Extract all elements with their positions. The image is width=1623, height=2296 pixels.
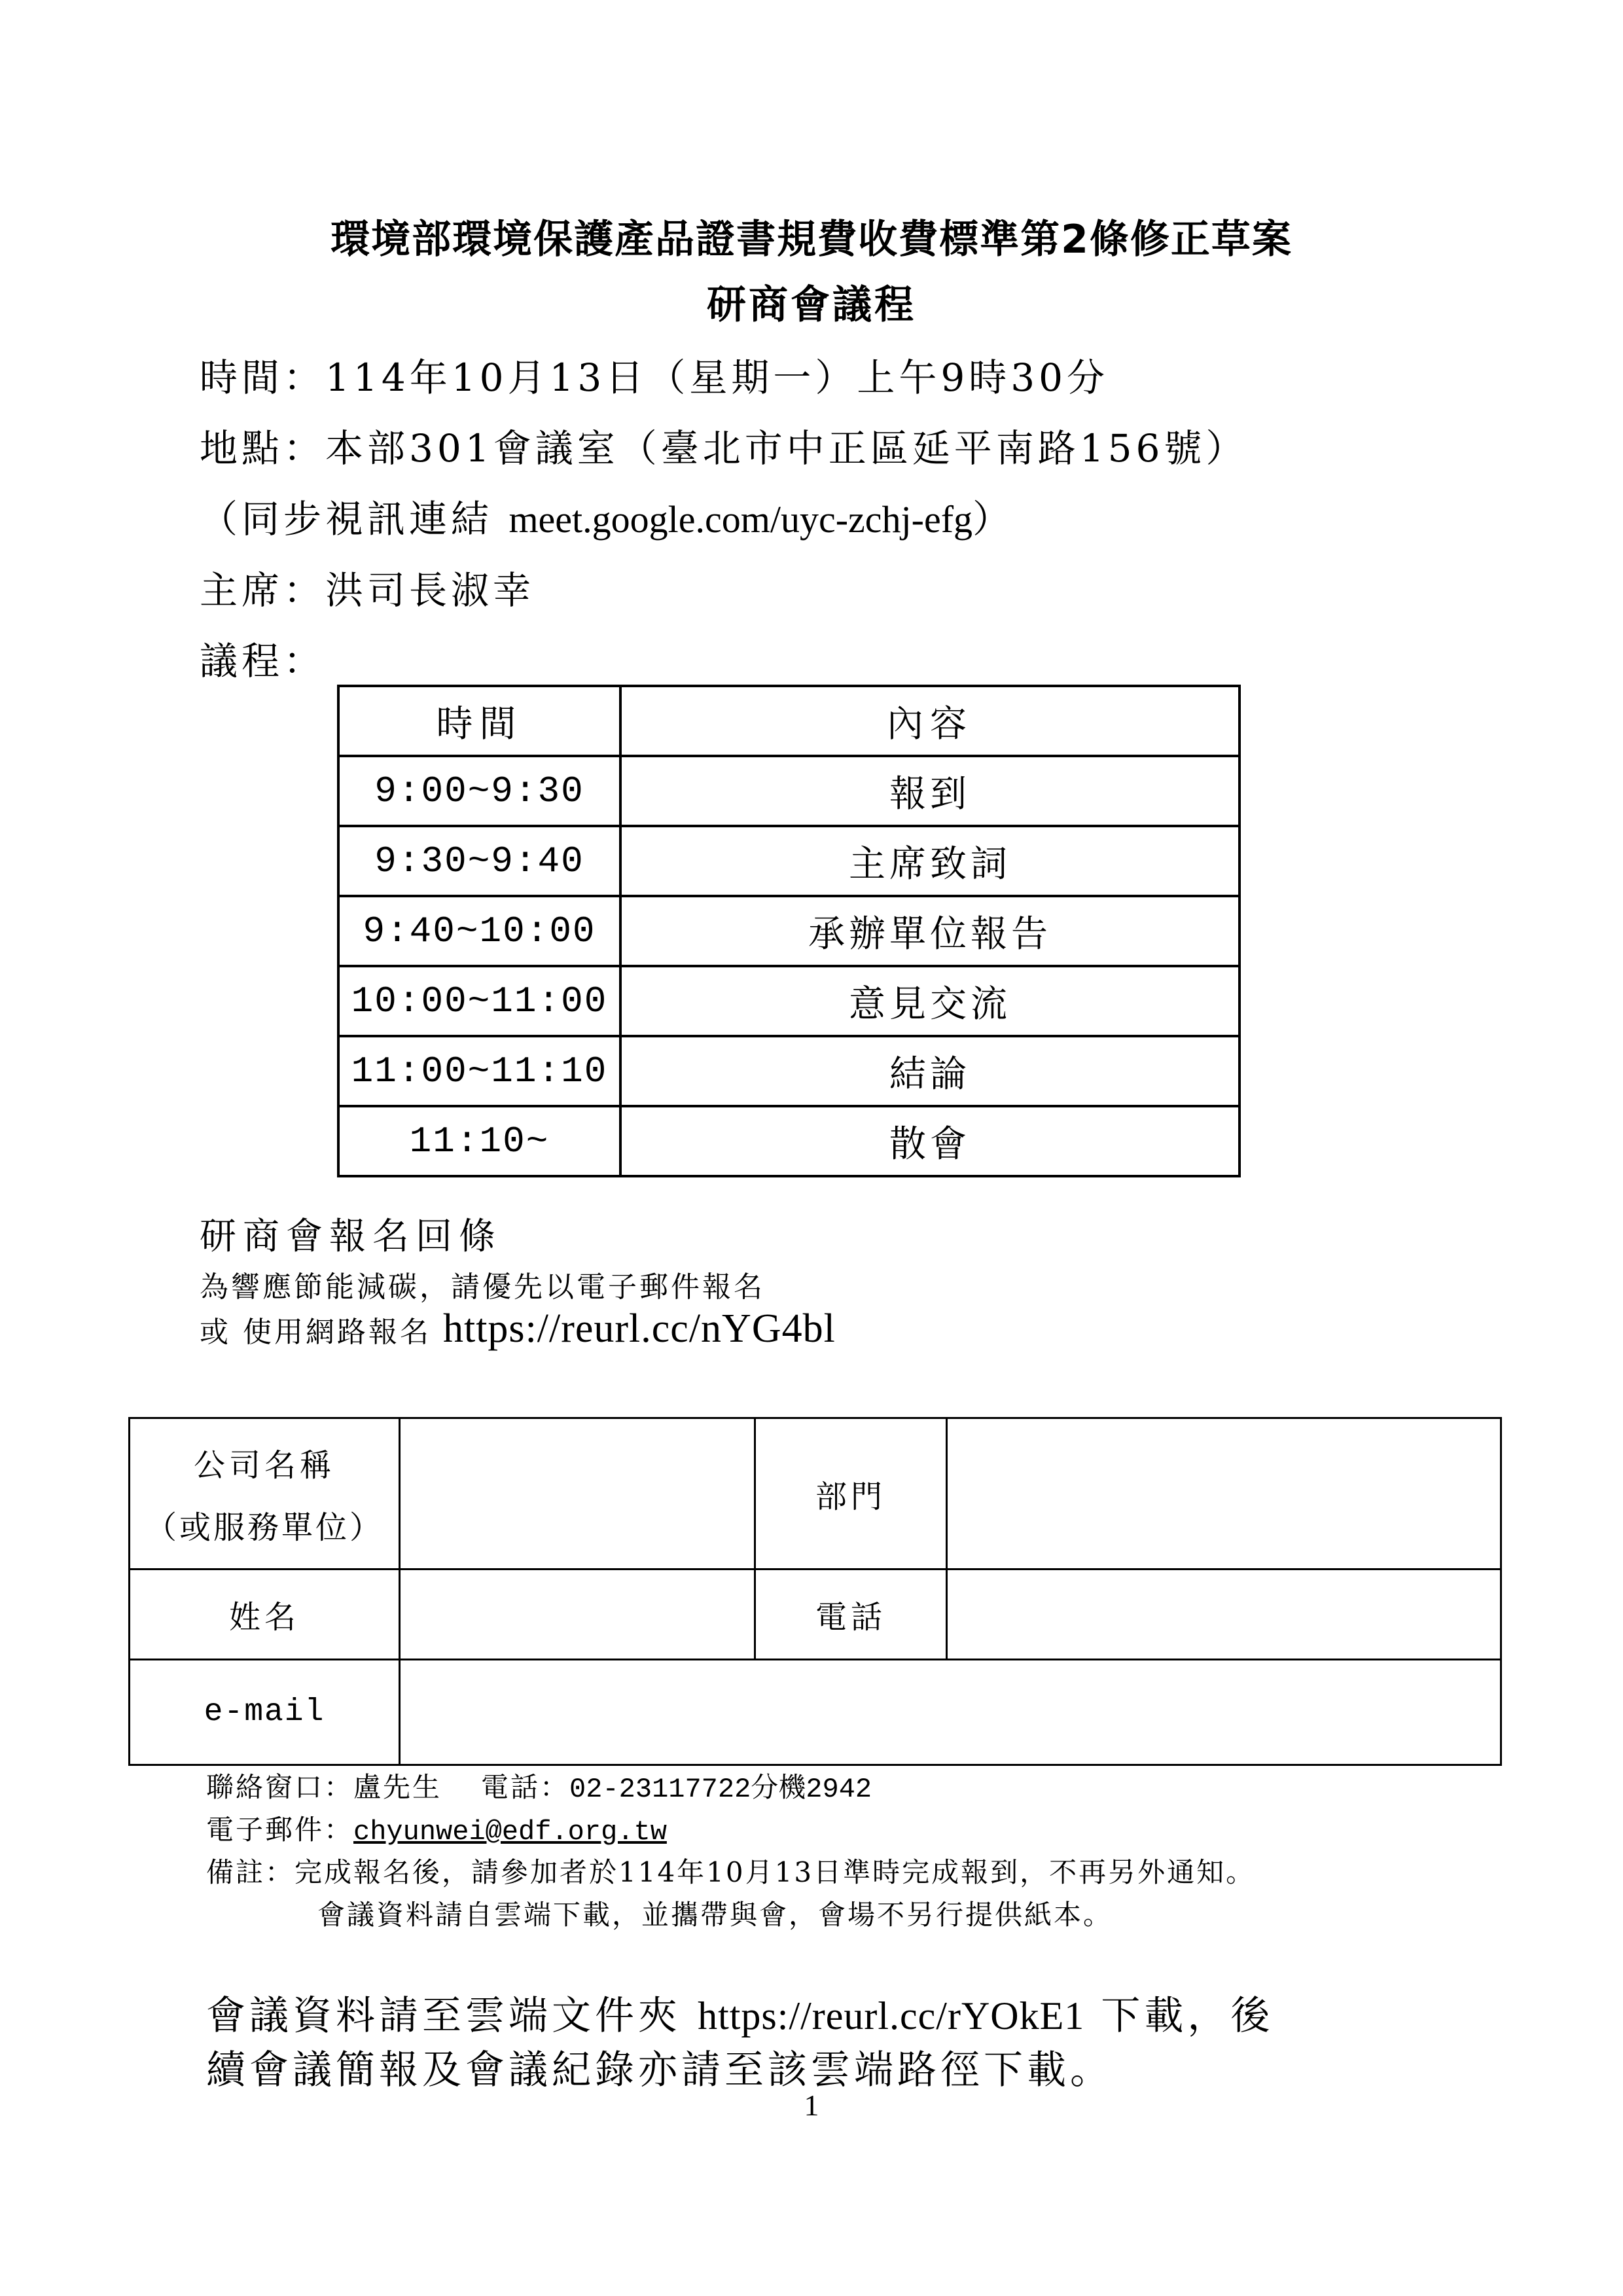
- contact-email: 電子郵件：chyunwei@edf.org.tw: [206, 1808, 667, 1848]
- phone-label: 電話: [755, 1570, 947, 1660]
- company-field[interactable]: [400, 1418, 755, 1570]
- department-label: 部門: [755, 1418, 947, 1570]
- registration-title: 研商會報名回條: [200, 1208, 502, 1260]
- contact-window: 聯絡窗口：盧先生電話：02-23117722分機2942: [206, 1766, 872, 1805]
- phone-value[interactable]: [948, 1570, 1500, 1659]
- company-label-line2: （或服務單位）: [130, 1502, 399, 1547]
- agenda-header-time: 時間: [338, 686, 620, 756]
- online-registration-link[interactable]: https://reurl.cc/nYG4bl: [443, 1306, 836, 1351]
- meeting-time-value: 114年10月13日（星期一）上午9時30分: [325, 355, 1109, 400]
- contact-phone-value: 02-23117722分機2942: [569, 1774, 872, 1805]
- registration-online-note: 或 使用網路報名 https://reurl.cc/nYG4bl: [200, 1306, 836, 1352]
- company-value[interactable]: [401, 1419, 754, 1568]
- document-subtitle: 研商會議程: [0, 274, 1623, 330]
- agenda-time: 11:00~11:10: [338, 1036, 620, 1106]
- agenda-time: 11:10~: [338, 1106, 620, 1176]
- meeting-time: 時間：114年10月13日（星期一）上午9時30分: [200, 347, 1109, 402]
- name-label: 姓名: [130, 1570, 400, 1660]
- agenda-row: 10:00~11:00 意見交流: [338, 966, 1240, 1036]
- agenda-row: 9:00~9:30 報到: [338, 756, 1240, 826]
- email-label: e-mail: [130, 1660, 400, 1765]
- agenda-header-row: 時間 內容: [338, 686, 1240, 756]
- cloud-note-suffix: 下載，後: [1084, 1993, 1274, 2039]
- chair-value: 洪司長淑幸: [325, 568, 535, 613]
- email-field[interactable]: [400, 1660, 1501, 1765]
- agenda-table: 時間 內容 9:00~9:30 報到 9:30~9:40 主席致詞 9:40~1…: [337, 685, 1241, 1177]
- department-field[interactable]: [947, 1418, 1501, 1570]
- name-value[interactable]: [401, 1570, 754, 1659]
- remark-label: 備註：: [206, 1856, 294, 1888]
- meeting-time-label: 時間：: [200, 355, 325, 400]
- agenda-row: 11:10~ 散會: [338, 1106, 1240, 1176]
- video-link[interactable]: meet.google.com/uyc-zchj-efg: [508, 498, 972, 541]
- contact-window-label: 聯絡窗口：: [206, 1771, 353, 1803]
- document-title: 環境部環境保護產品證書規費收費標準第2條修正草案: [0, 208, 1623, 264]
- contact-window-name: 盧先生: [353, 1771, 442, 1803]
- agenda-time: 9:00~9:30: [338, 756, 620, 826]
- agenda-row: 9:40~10:00 承辦單位報告: [338, 896, 1240, 966]
- agenda-content: 報到: [620, 756, 1240, 826]
- contact-email-link[interactable]: chyunwei@edf.org.tw: [353, 1816, 667, 1848]
- video-conference-line: （同步視訊連結 meet.google.com/uyc-zchj-efg）: [200, 488, 1014, 543]
- email-value[interactable]: [401, 1660, 1500, 1764]
- registration-form: 公司名稱 （或服務單位） 部門 姓名 電話 e-mail: [128, 1417, 1502, 1766]
- registration-email-note: 為響應節能減碳，請優先以電子郵件報名: [200, 1263, 765, 1305]
- company-label-line1: 公司名稱: [130, 1440, 399, 1485]
- video-suffix: ）: [972, 497, 1014, 541]
- form-row-company: 公司名稱 （或服務單位） 部門: [130, 1418, 1501, 1570]
- agenda-content: 散會: [620, 1106, 1240, 1176]
- agenda-row: 11:00~11:10 結論: [338, 1036, 1240, 1106]
- form-row-email: e-mail: [130, 1660, 1501, 1765]
- agenda-time: 9:40~10:00: [338, 896, 620, 966]
- meeting-location: 地點：本部301會議室（臺北市中正區延平南路156號）: [200, 418, 1247, 473]
- agenda-content: 承辦單位報告: [620, 896, 1240, 966]
- cloud-folder-note-line2: 續會議簡報及會議紀錄亦請至該雲端路徑下載。: [206, 2039, 1113, 2095]
- online-note-prefix: 或 使用網路報名: [200, 1316, 443, 1349]
- agenda-header-content: 內容: [620, 686, 1240, 756]
- chair-label: 主席：: [200, 568, 325, 613]
- contact-phone-label: 電話：: [481, 1771, 569, 1803]
- page-number: 1: [0, 2088, 1623, 2123]
- agenda-label: 議程：: [200, 630, 325, 685]
- remark-line2: 會議資料請自雲端下載，並攜帶與會，會場不另行提供紙本。: [317, 1893, 1113, 1933]
- department-value[interactable]: [948, 1419, 1500, 1568]
- agenda-time: 9:30~9:40: [338, 826, 620, 896]
- remark-text1: 完成報名後，請參加者於114年10月13日準時完成報到，不再另外通知。: [294, 1856, 1255, 1888]
- agenda-time: 10:00~11:00: [338, 966, 620, 1036]
- phone-field[interactable]: [947, 1570, 1501, 1660]
- remark-line1: 備註：完成報名後，請參加者於114年10月13日準時完成報到，不再另外通知。: [206, 1851, 1255, 1890]
- agenda-row: 9:30~9:40 主席致詞: [338, 826, 1240, 896]
- video-prefix: （同步視訊連結: [200, 497, 508, 541]
- form-row-name: 姓名 電話: [130, 1570, 1501, 1660]
- company-label: 公司名稱 （或服務單位）: [130, 1418, 400, 1570]
- cloud-folder-link[interactable]: https://reurl.cc/rYOkE1: [698, 1994, 1084, 2037]
- meeting-chair: 主席：洪司長淑幸: [200, 560, 535, 615]
- cloud-folder-note-line1: 會議資料請至雲端文件夾 https://reurl.cc/rYOkE1 下載，後: [206, 1984, 1274, 2041]
- meeting-location-label: 地點：: [200, 426, 325, 471]
- agenda-content: 意見交流: [620, 966, 1240, 1036]
- contact-email-label: 電子郵件：: [206, 1814, 353, 1846]
- agenda-content: 結論: [620, 1036, 1240, 1106]
- meeting-location-value: 本部301會議室（臺北市中正區延平南路156號）: [325, 426, 1247, 471]
- agenda-content: 主席致詞: [620, 826, 1240, 896]
- cloud-note-prefix: 會議資料請至雲端文件夾: [206, 1993, 698, 2039]
- name-field[interactable]: [400, 1570, 755, 1660]
